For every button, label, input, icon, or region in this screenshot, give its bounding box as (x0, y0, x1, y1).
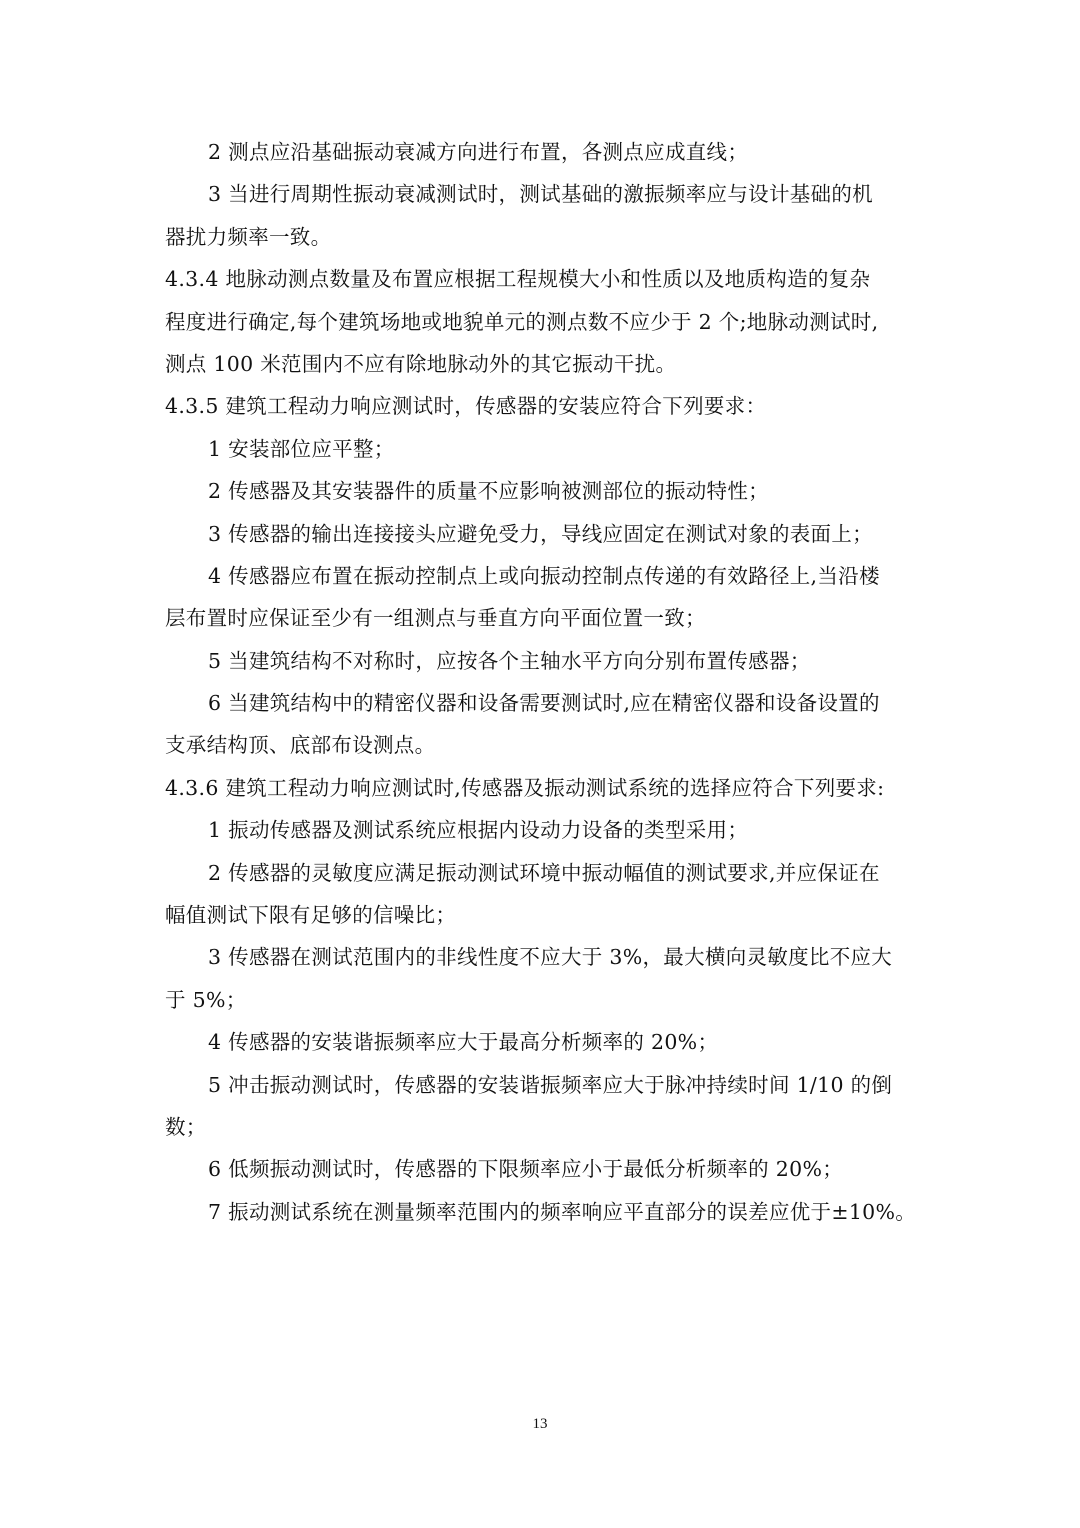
text-line: 2 传感器及其安装器件的质量不应影响被测部位的振动特性； (165, 470, 920, 512)
text-line: 2 测点应沿基础振动衰减方向进行布置，各测点应成直线； (165, 131, 920, 173)
text-line: 支承结构顶、底部布设测点。 (165, 724, 920, 766)
text-line: 7 振动测试系统在测量频率范围内的频率响应平直部分的误差应优于±10%。 (165, 1191, 920, 1233)
text-line: 3 传感器的输出连接接头应避免受力，导线应固定在测试对象的表面上； (165, 513, 920, 555)
text-line: 4 传感器的安装谐振频率应大于最高分析频率的 20%； (165, 1021, 920, 1063)
text-line: 6 当建筑结构中的精密仪器和设备需要测试时,应在精密仪器和设备设置的 (165, 682, 920, 724)
text-line: 器扰力频率一致。 (165, 216, 920, 258)
text-line: 5 当建筑结构不对称时，应按各个主轴水平方向分别布置传感器； (165, 640, 920, 682)
text-line: 2 传感器的灵敏度应满足振动测试环境中振动幅值的测试要求,并应保证在 (165, 852, 920, 894)
text-line: 于 5%； (165, 979, 920, 1021)
text-line: 数； (165, 1106, 920, 1148)
text-line: 4 传感器应布置在振动控制点上或向振动控制点传递的有效路径上,当沿楼 (165, 555, 920, 597)
clause-heading-4-3-4: 4.3.4 地脉动测点数量及布置应根据工程规模大小和性质以及地质构造的复杂 (165, 258, 920, 300)
text-line: 6 低频振动测试时，传感器的下限频率应小于最低分析频率的 20%； (165, 1148, 920, 1190)
clause-heading-4-3-6: 4.3.6 建筑工程动力响应测试时,传感器及振动测试系统的选择应符合下列要求: (165, 767, 920, 809)
text-line: 3 当进行周期性振动衰减测试时，测试基础的激振频率应与设计基础的机 (165, 173, 920, 215)
text-line: 幅值测试下限有足够的信噪比； (165, 894, 920, 936)
text-line: 层布置时应保证至少有一组测点与垂直方向平面位置一致； (165, 597, 920, 639)
text-line: 3 传感器在测试范围内的非线性度不应大于 3%，最大横向灵敏度比不应大 (165, 936, 920, 978)
text-line: 1 安装部位应平整； (165, 428, 920, 470)
document-body: 2 测点应沿基础振动衰减方向进行布置，各测点应成直线； 3 当进行周期性振动衰减… (165, 131, 920, 1233)
text-line: 5 冲击振动测试时，传感器的安装谐振频率应大于脉冲持续时间 1/10 的倒 (165, 1064, 920, 1106)
clause-heading-4-3-5: 4.3.5 建筑工程动力响应测试时，传感器的安装应符合下列要求： (165, 385, 920, 427)
text-line: 1 振动传感器及测试系统应根据内设动力设备的类型采用； (165, 809, 920, 851)
text-line: 测点 100 米范围内不应有除地脉动外的其它振动干扰。 (165, 343, 920, 385)
document-page: 2 测点应沿基础振动衰减方向进行布置，各测点应成直线； 3 当进行周期性振动衰减… (0, 0, 1080, 1528)
text-line: 程度进行确定,每个建筑场地或地貌单元的测点数不应少于 2 个;地脉动测试时, (165, 301, 920, 343)
page-number: 13 (0, 1416, 1080, 1433)
